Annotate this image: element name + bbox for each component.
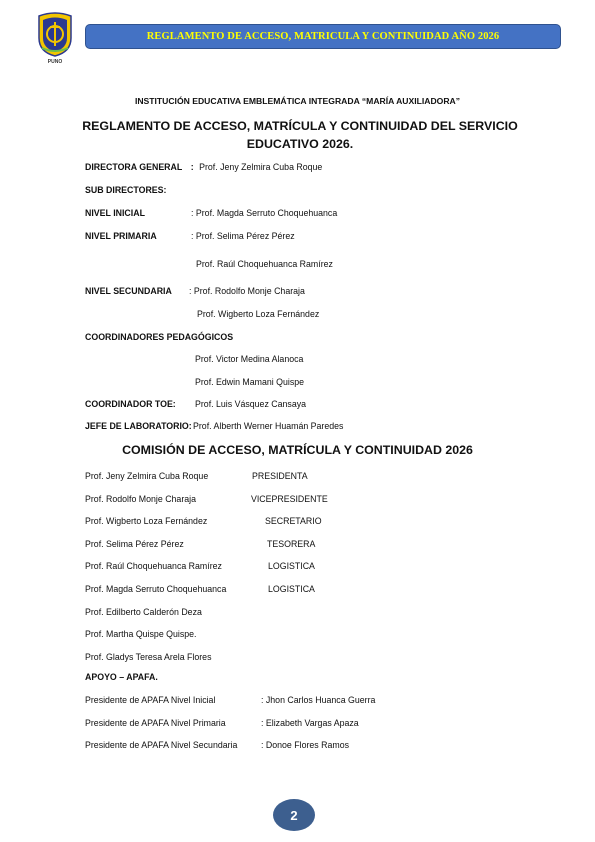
commission-member-role: SECRETARIO bbox=[265, 516, 322, 526]
laboratorio-label: JEFE DE LABORATORIO: bbox=[85, 421, 192, 431]
apafa-row-label: Presidente de APAFA Nivel Primaria bbox=[85, 718, 226, 728]
nivel-inicial-value: : Prof. Magda Serruto Choquehuanca bbox=[191, 208, 337, 218]
apafa-row-value: : Donoe Flores Ramos bbox=[261, 740, 349, 750]
apafa-row-label: Presidente de APAFA Nivel Secundaria bbox=[85, 740, 237, 750]
svg-text:PUNO: PUNO bbox=[48, 59, 63, 64]
directora-label: DIRECTORA GENERAL bbox=[85, 162, 182, 172]
directora-sep: : bbox=[191, 162, 194, 172]
nivel-primaria-label: NIVEL PRIMARIA bbox=[85, 231, 157, 241]
commission-member-name: Prof. Martha Quispe Quispe. bbox=[85, 629, 196, 639]
commission-member-role: PRESIDENTA bbox=[252, 471, 308, 481]
nivel-primaria-value-2: Prof. Raúl Choquehuanca Ramírez bbox=[196, 259, 333, 269]
coordinador-value-2: Prof. Edwin Mamani Quispe bbox=[195, 377, 304, 387]
title-line-2: EDUCATIVO 2026. bbox=[80, 135, 520, 153]
coordinador-value-1: Prof. Victor Medina Alanoca bbox=[195, 354, 303, 364]
commission-member-role: TESORERA bbox=[267, 539, 315, 549]
school-crest-logo: PUNO bbox=[35, 12, 75, 64]
sub-directores-heading: SUB DIRECTORES: bbox=[85, 185, 166, 195]
commission-member-role: VICEPRESIDENTE bbox=[251, 494, 328, 504]
commission-member-name: Prof. Rodolfo Monje Charaja bbox=[85, 494, 196, 504]
commission-member-role: LOGISTICA bbox=[268, 584, 315, 594]
nivel-secundaria-value-1: : Prof. Rodolfo Monje Charaja bbox=[189, 286, 305, 296]
title-line-1: REGLAMENTO DE ACCESO, MATRÍCULA Y CONTIN… bbox=[80, 117, 520, 135]
institution-name: INSTITUCIÓN EDUCATIVA EMBLEMÁTICA INTEGR… bbox=[0, 96, 595, 106]
nivel-primaria-value-1: : Prof. Selima Pérez Pérez bbox=[191, 231, 295, 241]
directora-value: Prof. Jeny Zelmira Cuba Roque bbox=[199, 162, 322, 172]
commission-title: COMISIÓN DE ACCESO, MATRÍCULA Y CONTINUI… bbox=[0, 443, 595, 457]
commission-member-name: Prof. Selima Pérez Pérez bbox=[85, 539, 184, 549]
commission-member-name: Prof. Wigberto Loza Fernández bbox=[85, 516, 207, 526]
commission-member-name: Prof. Magda Serruto Choquehuanca bbox=[85, 584, 226, 594]
coordinadores-label: COORDINADORES PEDAGÓGICOS bbox=[85, 332, 233, 342]
directora-row: DIRECTORA GENERAL : Prof. Jeny Zelmira C… bbox=[85, 162, 322, 172]
page-number-badge: 2 bbox=[273, 799, 315, 831]
commission-member-name: Prof. Raúl Choquehuanca Ramírez bbox=[85, 561, 222, 571]
commission-member-name: Prof. Edilberto Calderón Deza bbox=[85, 607, 202, 617]
apafa-title: APOYO – APAFA. bbox=[85, 672, 158, 682]
nivel-secundaria-value-2: Prof. Wigberto Loza Fernández bbox=[197, 309, 319, 319]
commission-member-role: LOGISTICA bbox=[268, 561, 315, 571]
document-title: REGLAMENTO DE ACCESO, MATRÍCULA Y CONTIN… bbox=[80, 117, 520, 153]
toe-value: Prof. Luis Vásquez Cansaya bbox=[195, 399, 306, 409]
apafa-row-label: Presidente de APAFA Nivel Inicial bbox=[85, 695, 215, 705]
toe-label: COORDINADOR TOE: bbox=[85, 399, 176, 409]
nivel-secundaria-label: NIVEL SECUNDARIA bbox=[85, 286, 172, 296]
commission-member-name: Prof. Jeny Zelmira Cuba Roque bbox=[85, 471, 208, 481]
nivel-inicial-label: NIVEL INICIAL bbox=[85, 208, 145, 218]
apafa-row-value: : Jhon Carlos Huanca Guerra bbox=[261, 695, 375, 705]
apafa-row-value: : Elizabeth Vargas Apaza bbox=[261, 718, 359, 728]
header-banner: REGLAMENTO DE ACCESO, MATRICULA Y CONTIN… bbox=[85, 24, 561, 49]
laboratorio-value: Prof. Alberth Werner Huamán Paredes bbox=[193, 421, 343, 431]
header-banner-text: REGLAMENTO DE ACCESO, MATRICULA Y CONTIN… bbox=[147, 31, 500, 42]
commission-member-name: Prof. Gladys Teresa Arela Flores bbox=[85, 652, 211, 662]
